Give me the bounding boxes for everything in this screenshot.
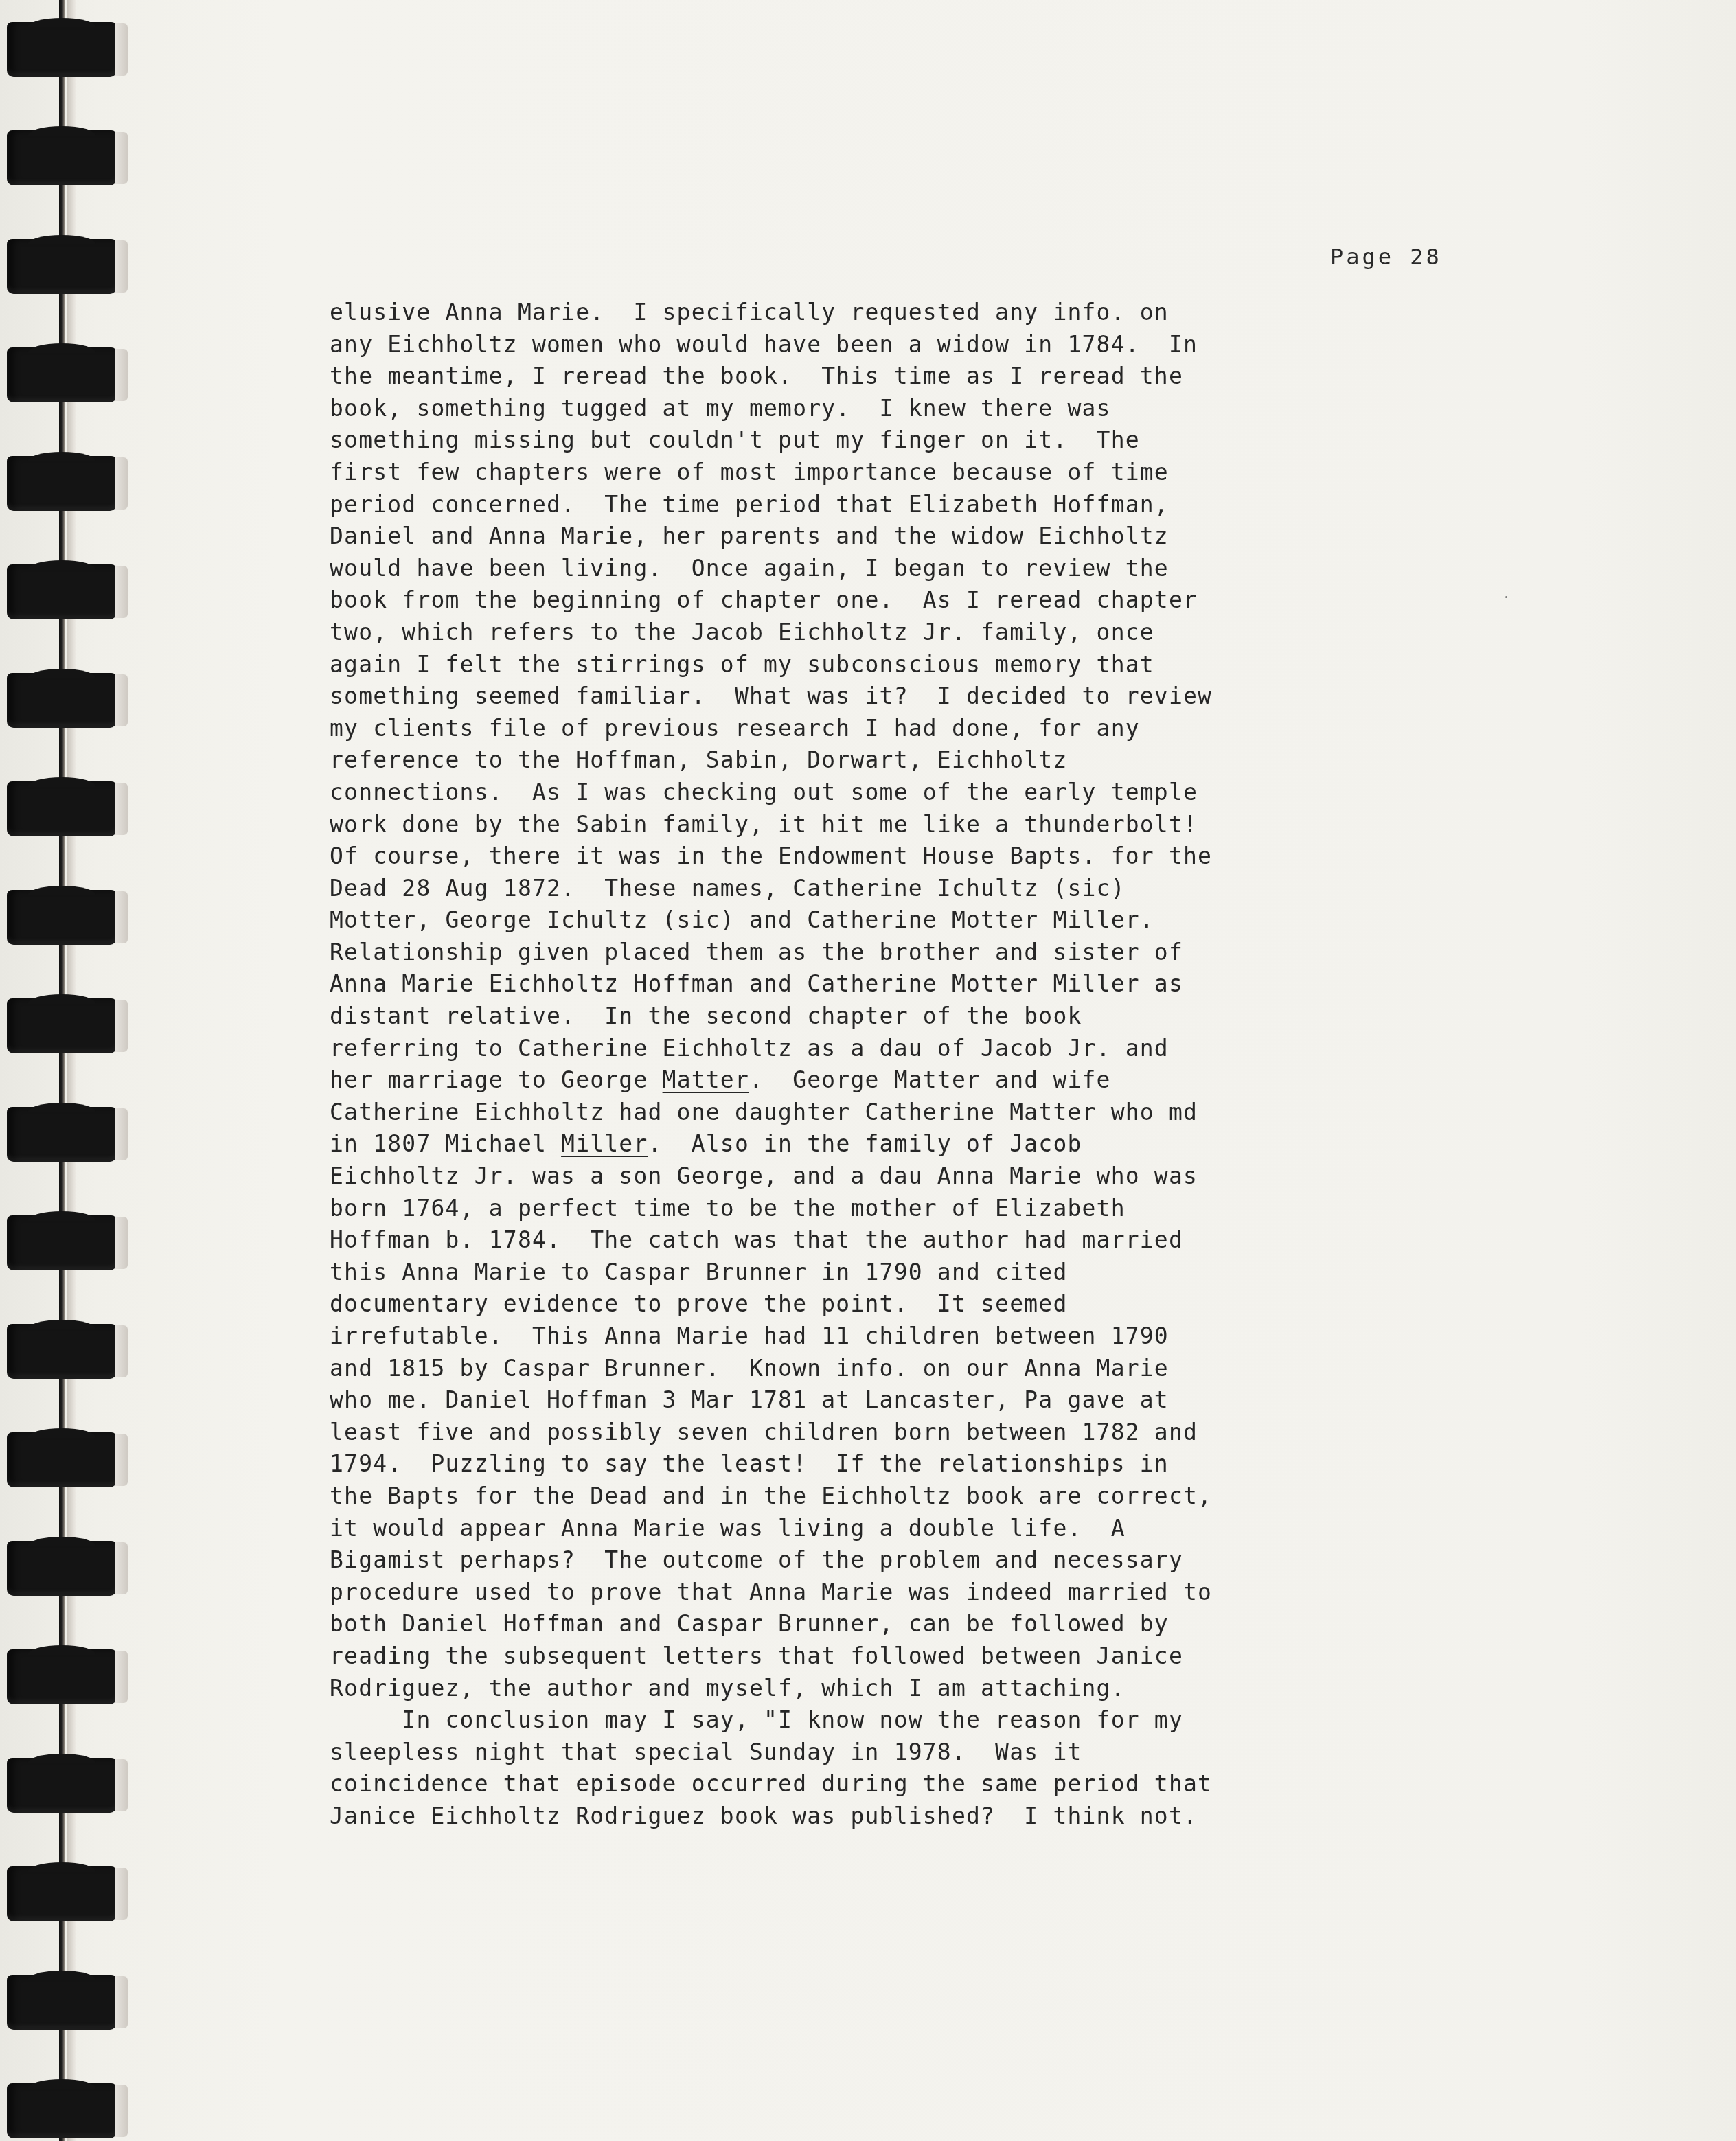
text-line: coincidence that episode occurred during… (330, 1768, 1566, 1800)
binding-coil (7, 673, 117, 728)
text-line: Motter, George Ichultz (sic) and Catheri… (330, 904, 1566, 937)
text-line: both Daniel Hoffman and Caspar Brunner, … (330, 1608, 1566, 1640)
text-line: who me. Daniel Hoffman 3 Mar 1781 at Lan… (330, 1384, 1566, 1417)
body-text: elusive Anna Marie. I specifically reque… (330, 297, 1566, 1833)
text-line: Hoffman b. 1784. The catch was that the … (330, 1224, 1566, 1257)
binding-coil (7, 456, 117, 511)
text-line: In conclusion may I say, "I know now the… (330, 1704, 1566, 1737)
text-line: Of course, there it was in the Endowment… (330, 840, 1566, 873)
binding-coil (7, 239, 117, 294)
text-line: would have been living. Once again, I be… (330, 553, 1566, 585)
text-line: any Eichholtz women who would have been … (330, 329, 1566, 361)
binding-coil (7, 1432, 117, 1487)
spiral-binding (0, 0, 117, 2141)
binding-coil (7, 2083, 117, 2138)
text-line: the Bapts for the Dead and in the Eichho… (330, 1480, 1566, 1513)
binding-coil (7, 1975, 117, 2030)
binding-coil (7, 22, 117, 77)
text-line: 1794. Puzzling to say the least! If the … (330, 1448, 1566, 1480)
binding-coil (7, 998, 117, 1053)
text-line: Dead 28 Aug 1872. These names, Catherine… (330, 873, 1566, 905)
text-line: Eichholtz Jr. was a son George, and a da… (330, 1160, 1566, 1193)
text-line: this Anna Marie to Caspar Brunner in 179… (330, 1257, 1566, 1289)
binding-coil (7, 1107, 117, 1162)
binding-coil (7, 781, 117, 836)
text-line: Anna Marie Eichholtz Hoffman and Catheri… (330, 968, 1566, 1000)
text-line: Janice Eichholtz Rodriguez book was publ… (330, 1800, 1566, 1833)
text-line: work done by the Sabin family, it hit me… (330, 809, 1566, 841)
text-line: distant relative. In the second chapter … (330, 1000, 1566, 1033)
binding-coil (7, 1215, 117, 1270)
text-line: born 1764, a perfect time to be the moth… (330, 1193, 1566, 1225)
text-line: the meantime, I reread the book. This ti… (330, 360, 1566, 393)
binding-coil (7, 1866, 117, 1921)
text-line: referring to Catherine Eichholtz as a da… (330, 1033, 1566, 1065)
text-line: again I felt the stirrings of my subcons… (330, 649, 1566, 681)
text-line: something missing but couldn't put my fi… (330, 424, 1566, 457)
binding-spine (59, 0, 65, 2141)
binding-coil (7, 1541, 117, 1596)
text-line: book, something tugged at my memory. I k… (330, 393, 1566, 425)
text-line: her marriage to George Matter. George Ma… (330, 1064, 1566, 1097)
text-line: Catherine Eichholtz had one daughter Cat… (330, 1097, 1566, 1129)
text-line: book from the beginning of chapter one. … (330, 584, 1566, 617)
page-number: Page 28 (1330, 244, 1442, 270)
text-line: sleepless night that special Sunday in 1… (330, 1737, 1566, 1769)
binding-coil (7, 890, 117, 945)
text-line: documentary evidence to prove the point.… (330, 1288, 1566, 1320)
text-line: two, which refers to the Jacob Eichholtz… (330, 617, 1566, 649)
text-line: period concerned. The time period that E… (330, 489, 1566, 521)
binding-coil (7, 130, 117, 185)
text-line: something seemed familiar. What was it? … (330, 680, 1566, 713)
text-line: Relationship given placed them as the br… (330, 937, 1566, 969)
underlined-name: Matter (663, 1066, 749, 1093)
text-line: Bigamist perhaps? The outcome of the pro… (330, 1544, 1566, 1577)
text-line: irrefutable. This Anna Marie had 11 chil… (330, 1320, 1566, 1353)
binding-coil (7, 1758, 117, 1813)
binding-coil (7, 564, 117, 619)
text-line: reference to the Hoffman, Sabin, Dorwart… (330, 744, 1566, 777)
text-line: connections. As I was checking out some … (330, 777, 1566, 809)
binding-coil (7, 347, 117, 402)
text-line: elusive Anna Marie. I specifically reque… (330, 297, 1566, 329)
text-line: in 1807 Michael Miller. Also in the fami… (330, 1128, 1566, 1160)
binding-coil (7, 1649, 117, 1704)
text-line: least five and possibly seven children b… (330, 1417, 1566, 1449)
text-line: my clients file of previous research I h… (330, 713, 1566, 745)
text-line: first few chapters were of most importan… (330, 457, 1566, 489)
binding-coil (7, 1324, 117, 1379)
text-line: reading the subsequent letters that foll… (330, 1640, 1566, 1673)
text-line: it would appear Anna Marie was living a … (330, 1513, 1566, 1545)
underlined-name: Miller (561, 1130, 648, 1157)
text-line: Rodriguez, the author and myself, which … (330, 1673, 1566, 1705)
text-line: procedure used to prove that Anna Marie … (330, 1577, 1566, 1609)
document-page: Page 28 elusive Anna Marie. I specifical… (0, 0, 1736, 2141)
ink-speck (1505, 596, 1507, 598)
text-line: and 1815 by Caspar Brunner. Known info. … (330, 1353, 1566, 1385)
page-edge (67, 0, 76, 2141)
text-line: Daniel and Anna Marie, her parents and t… (330, 520, 1566, 553)
